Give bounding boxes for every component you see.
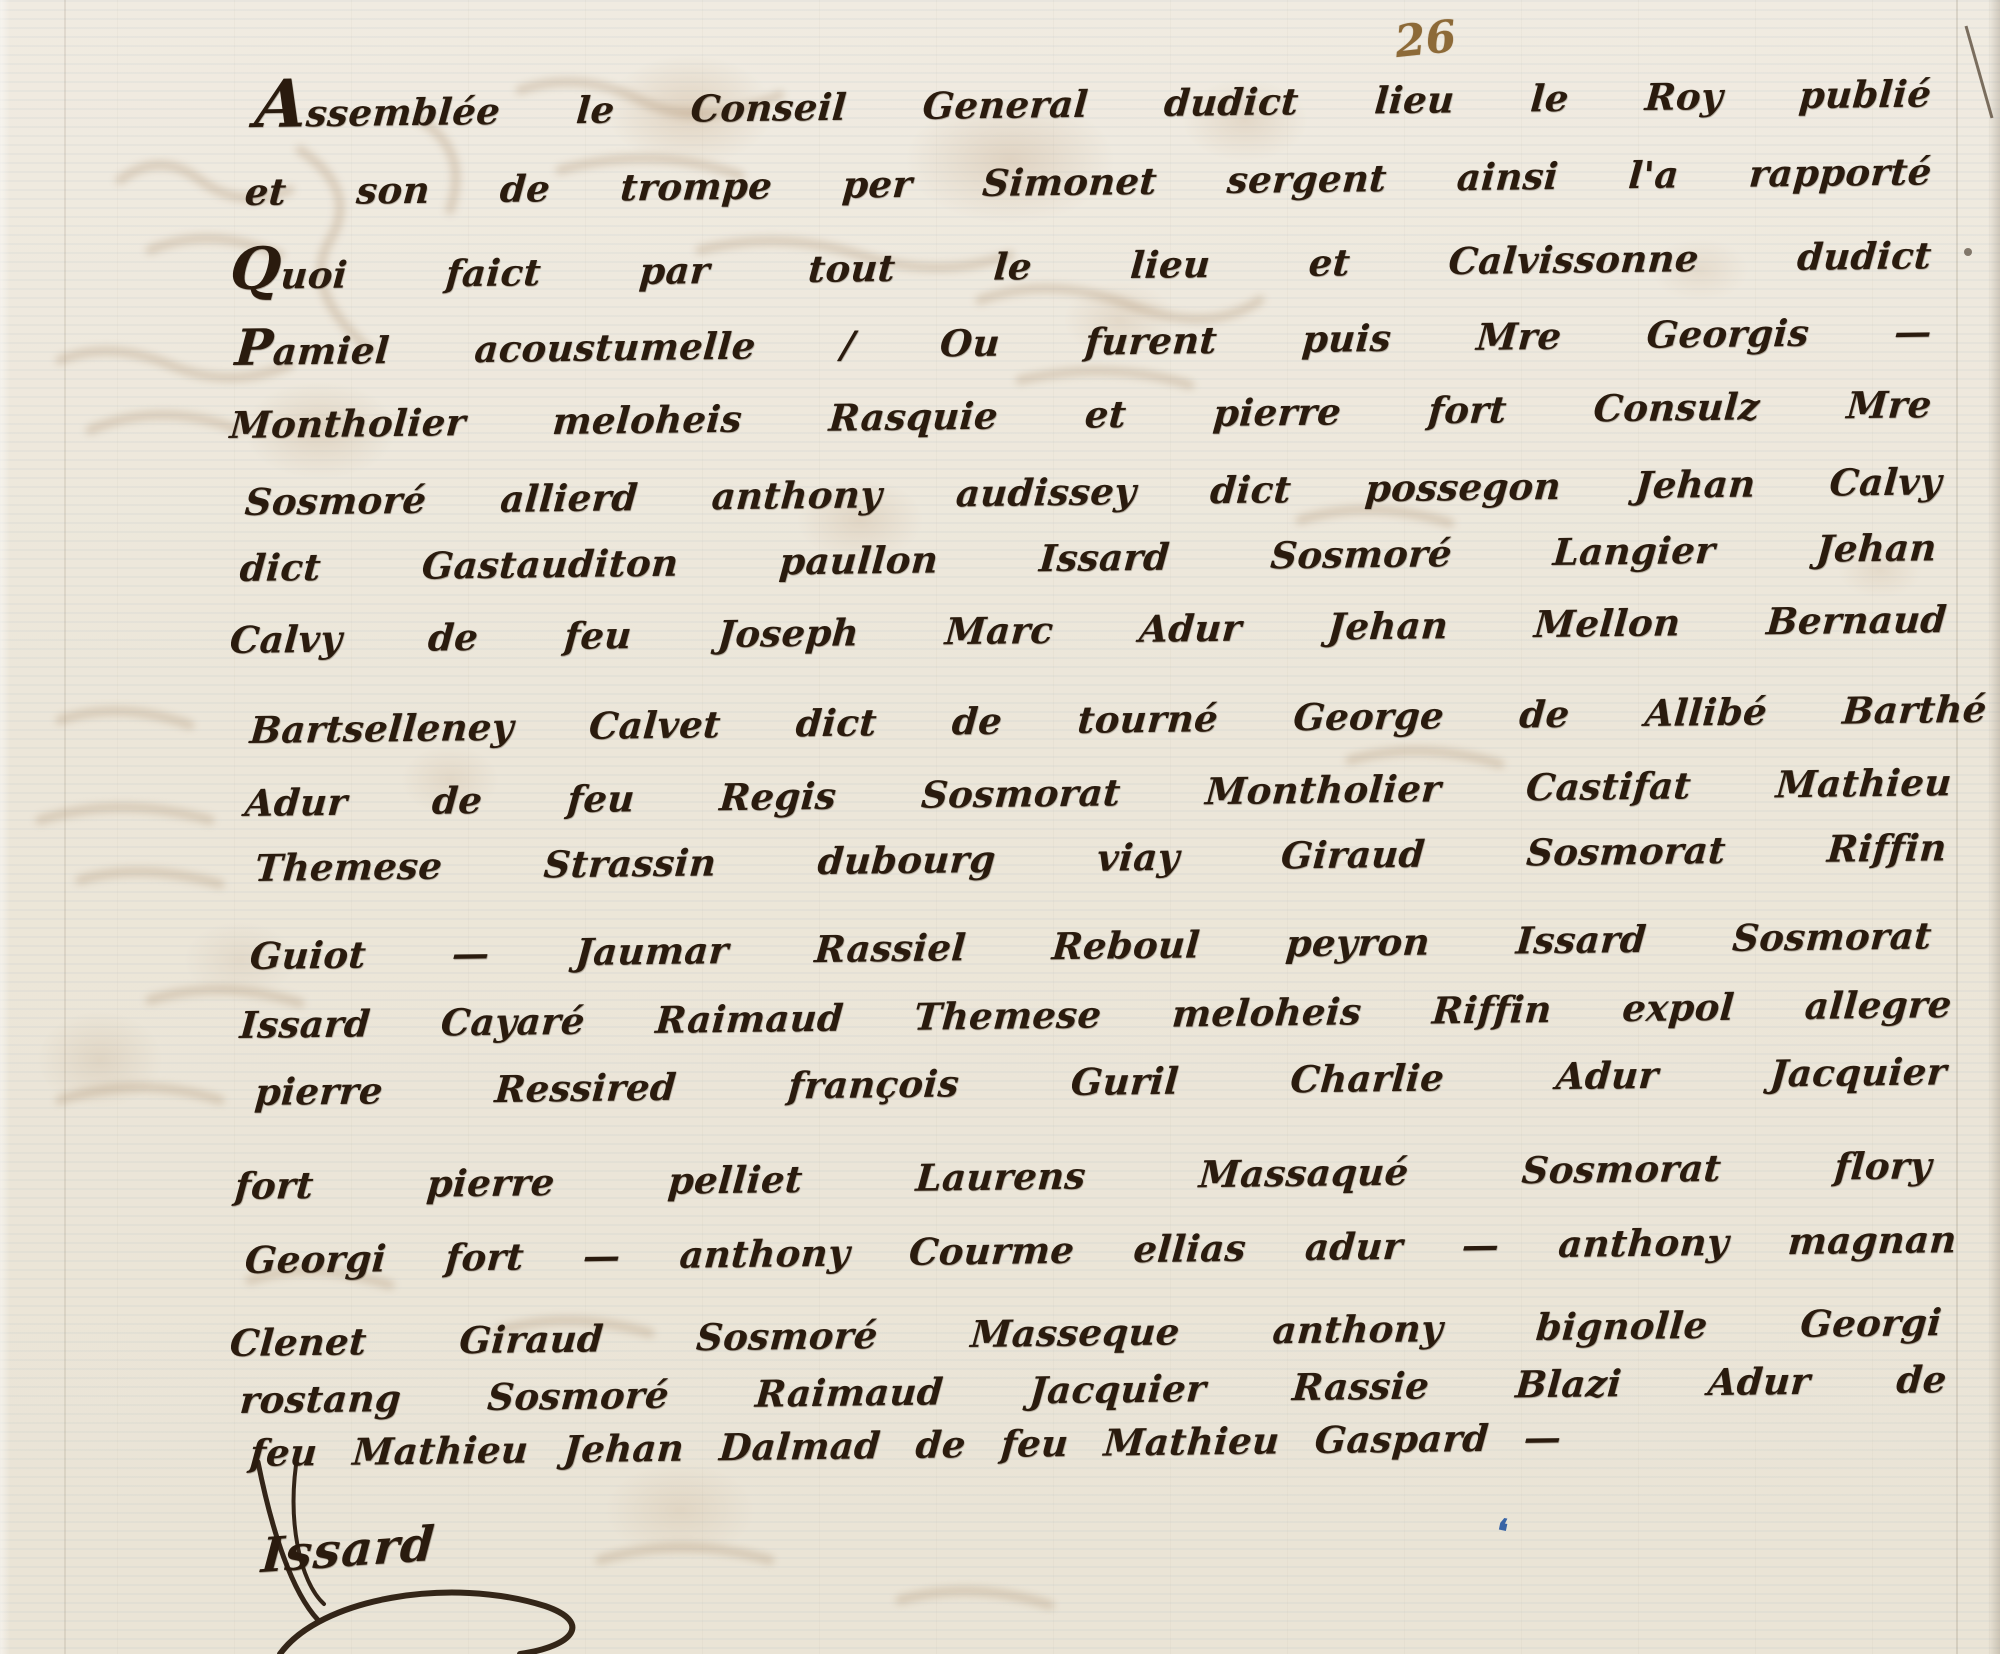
manuscript-line: rostang Sosmoré Raimaud Jacquier Rassie … [238,1359,1948,1421]
manuscript-line: feu Mathieu Jehan Dalmad de feu Mathieu … [248,1417,1562,1474]
manuscript-line: Calvy de feu Joseph Marc Adur Jehan Mell… [228,599,1948,661]
manuscript-line: Issard Cayaré Raimaud Themese meloheis R… [238,984,1953,1046]
folio-number: 26 [1393,11,1459,68]
manuscript-line: Sosmoré allierd anthony audissey dict po… [243,461,1943,522]
manuscript-line: dict Gastauditon paullon Issard Sosmoré … [238,527,1938,588]
left-fold-crease [64,0,66,1654]
manuscript-line: Georgi fort — anthony Courme ellias adur… [243,1219,1958,1281]
manuscript-line: Quoi faict par tout le lieu et Calvisson… [228,231,1933,296]
manuscript-line: Adur de feu Regis Sosmorat Montholier Ca… [243,762,1953,824]
manuscript-line: Pamiel acoustumelle / Ou furent puis Mre… [233,311,1933,372]
manuscript-line: et son de trompe per Simonet sergent ain… [243,151,1933,212]
manuscript-line: Bartselleney Calvet dict de tourné Georg… [248,689,1988,751]
manuscript-line: pierre Ressired françois Guril Charlie A… [253,1051,1948,1112]
left-paper-edge [0,0,10,1654]
manuscript-line: Clenet Giraud Sosmoré Masseque anthony b… [228,1302,1943,1364]
right-fold-crease [1956,0,1958,1654]
manuscript-line: fort pierre pelliet Laurens Massaqué Sos… [233,1145,1933,1206]
manuscript-line: Guiot — Jaumar Rassiel Reboul peyron Iss… [248,915,1933,976]
right-paper-edge [1988,0,2000,1654]
manuscript-page: 26 Assemblée le Conseil General dudict l… [0,0,2000,1654]
manuscript-line: Assemblée le Conseil General dudict lieu… [253,65,1933,135]
clerk-signature: Issard [259,1516,437,1584]
manuscript-line: Montholier meloheis Rasquie et pierre fo… [228,384,1933,445]
blue-ink-mark: ❛ [1492,1511,1511,1552]
manuscript-line: Themese Strassin dubourg viay Giraud Sos… [253,827,1948,888]
